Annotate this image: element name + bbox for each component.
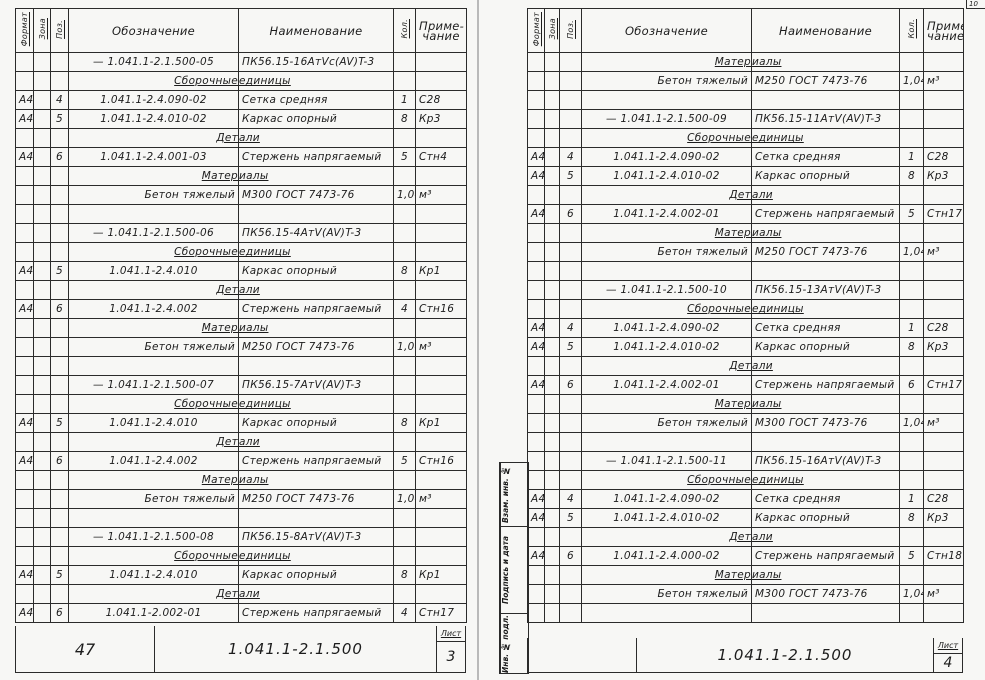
qty-cell: 8	[394, 262, 416, 281]
zone-cell	[545, 395, 560, 414]
material-row: Бетон тяжелыйМ250 ГОСТ 7473-761,04м³	[16, 490, 467, 509]
empty-cell	[34, 205, 51, 224]
note-cell: Кр3	[924, 509, 964, 528]
designation-cell: 1.041.1-2.002-01	[69, 604, 239, 623]
pos-cell	[560, 395, 582, 414]
note-cell	[416, 528, 467, 547]
empty-cell	[69, 509, 239, 528]
item-row: A451.041.1-2.4.010-02Каркас опорный8Кр3	[528, 509, 964, 528]
zone-cell	[545, 338, 560, 357]
section-title-left: Сборочные	[582, 129, 752, 148]
format-cell	[16, 319, 34, 338]
format-cell: A4	[528, 376, 545, 395]
name-cell: Каркас опорный	[239, 262, 394, 281]
pos-cell	[51, 528, 69, 547]
empty-row	[16, 509, 467, 528]
section-row: Сборочныеединицы	[16, 243, 467, 262]
qty-cell: 8	[394, 110, 416, 129]
section-row: Материалы	[16, 167, 467, 186]
section-title-right: иалы	[239, 471, 394, 490]
group-row: — 1.041.1-2.1.500-10ПК56.15-13AтV(AV)T-3	[528, 281, 964, 300]
note-cell: Стн16	[416, 300, 467, 319]
zone-cell	[545, 357, 560, 376]
material-row: Бетон тяжелыйМ250 ГОСТ 7473-761,04м³	[528, 72, 964, 91]
zone-cell	[545, 186, 560, 205]
note-cell	[416, 433, 467, 452]
section-title-right: иалы	[752, 53, 900, 72]
zone-cell	[545, 452, 560, 471]
qty-cell: 1,04	[900, 585, 924, 604]
zone-cell	[545, 300, 560, 319]
pos-cell	[51, 547, 69, 566]
material-row: Бетон тяжелыйМ300 ГОСТ 7473-761,04м³	[528, 585, 964, 604]
designation-cell: 1.041.1-2.4.002-01	[582, 376, 752, 395]
zone-cell	[545, 243, 560, 262]
section-row: Детали	[16, 129, 467, 148]
note-cell: Кр1	[416, 566, 467, 585]
header-name: Наименование	[752, 9, 900, 53]
qty-cell	[394, 585, 416, 604]
qty-cell	[394, 53, 416, 72]
zone-cell	[545, 319, 560, 338]
pos-cell	[51, 585, 69, 604]
note-cell	[416, 224, 467, 243]
format-cell: A4	[528, 490, 545, 509]
designation-cell: 1.041.1-2.4.010-02	[69, 110, 239, 129]
section-title-left: Матер	[582, 566, 752, 585]
format-cell: A4	[528, 547, 545, 566]
zone-cell	[545, 72, 560, 91]
pos-cell: 5	[51, 566, 69, 585]
qty-cell	[394, 547, 416, 566]
material-grade: М250 ГОСТ 7473-76	[239, 338, 394, 357]
pos-cell	[560, 585, 582, 604]
section-title-left: Дет	[582, 357, 752, 376]
empty-cell	[900, 604, 924, 623]
qty-cell	[900, 395, 924, 414]
note-cell: Стн16	[416, 452, 467, 471]
zone-cell	[34, 452, 51, 471]
note-cell: С28	[924, 490, 964, 509]
zone-cell	[545, 224, 560, 243]
empty-cell	[560, 262, 582, 281]
section-title-left: Дет	[69, 281, 239, 300]
note-cell	[416, 376, 467, 395]
format-cell	[528, 357, 545, 376]
qty-cell	[900, 528, 924, 547]
empty-cell	[528, 262, 545, 281]
format-cell	[528, 53, 545, 72]
format-cell	[16, 471, 34, 490]
zone-cell	[545, 376, 560, 395]
pos-cell: 6	[560, 376, 582, 395]
section-row: Детали	[528, 528, 964, 547]
group-row: — 1.041.1-2.1.500-07ПК56.15-7AтV(AV)T-3	[16, 376, 467, 395]
format-cell	[16, 281, 34, 300]
note-cell: С28	[924, 319, 964, 338]
empty-cell	[582, 604, 752, 623]
material-name: Бетон тяжелый	[582, 414, 752, 433]
qty-cell: 4	[394, 300, 416, 319]
qty-cell	[394, 528, 416, 547]
zone-cell	[34, 471, 51, 490]
section-title-right: иалы	[239, 167, 394, 186]
empty-cell	[34, 509, 51, 528]
empty-cell	[752, 433, 900, 452]
format-cell: A4	[16, 566, 34, 585]
item-row: A441.041.1-2.4.090-02Сетка средняя1С28	[528, 148, 964, 167]
header-qty: Кол.	[394, 9, 416, 53]
designation-cell: 1.041.1-2.4.090-02	[582, 319, 752, 338]
pos-cell	[560, 452, 582, 471]
item-row: A451.041.1-2.4.010Каркас опорный8Кр1	[16, 262, 467, 281]
qty-cell: 1,04	[900, 72, 924, 91]
section-row: Материалы	[16, 319, 467, 338]
item-row: A451.041.1-2.4.010Каркас опорный8Кр1	[16, 566, 467, 585]
note-cell: Кр3	[924, 338, 964, 357]
pos-cell	[51, 129, 69, 148]
empty-cell	[394, 357, 416, 376]
format-cell	[16, 53, 34, 72]
material-grade: М250 ГОСТ 7473-76	[752, 72, 900, 91]
empty-cell	[528, 433, 545, 452]
item-row: A461.041.1-2.4.002-01Стержень напрягаемы…	[528, 205, 964, 224]
name-cell: Каркас опорный	[239, 414, 394, 433]
zone-cell	[34, 91, 51, 110]
qty-cell	[900, 566, 924, 585]
designation-cell: 1.041.1-2.4.090-02	[582, 490, 752, 509]
item-row: A451.041.1-2.4.010-02Каркас опорный8Кр3	[16, 110, 467, 129]
pos-cell	[560, 528, 582, 547]
item-row: A461.041.1-2.4.002Стержень напрягаемый5С…	[16, 452, 467, 471]
material-name: Бетон тяжелый	[69, 338, 239, 357]
group-name: ПК56.15-13AтV(AV)T-3	[752, 281, 900, 300]
empty-cell	[900, 91, 924, 110]
section-title-left: Дет	[582, 528, 752, 547]
material-row: Бетон тяжелыйМ300 ГОСТ 7473-761,04м³	[528, 414, 964, 433]
name-cell: Стержень напрягаемый	[239, 604, 394, 623]
name-cell: Каркас опорный	[752, 509, 900, 528]
header-zone: Зона	[545, 9, 560, 53]
section-row: Детали	[16, 585, 467, 604]
material-row: Бетон тяжелыйМ250 ГОСТ 7473-761,04м³	[528, 243, 964, 262]
format-cell: A4	[16, 604, 34, 623]
zone-cell	[34, 224, 51, 243]
empty-row	[16, 205, 467, 224]
sheet-number: 3	[437, 642, 465, 672]
pos-cell	[51, 338, 69, 357]
zone-cell	[34, 604, 51, 623]
pos-cell	[560, 224, 582, 243]
section-title-right: единицы	[239, 72, 394, 91]
designation-cell: 1.041.1-2.4.010	[69, 262, 239, 281]
note-cell	[924, 452, 964, 471]
zone-cell	[545, 414, 560, 433]
section-title-right: иалы	[239, 319, 394, 338]
material-row: Бетон тяжелыйМ250 ГОСТ 7473-761,04м³	[16, 338, 467, 357]
zone-cell	[34, 528, 51, 547]
qty-cell	[394, 471, 416, 490]
format-cell	[528, 414, 545, 433]
section-title-right: единицы	[752, 471, 900, 490]
pos-cell: 6	[560, 547, 582, 566]
section-row: Сборочныеединицы	[16, 395, 467, 414]
designation-cell: 1.041.1-2.4.010-02	[582, 338, 752, 357]
group-designation: — 1.041.1-2.1.500-11	[582, 452, 752, 471]
empty-row	[528, 91, 964, 110]
material-name: Бетон тяжелый	[69, 490, 239, 509]
zone-cell	[34, 490, 51, 509]
section-row: Детали	[16, 433, 467, 452]
section-title-left: Сборочные	[69, 72, 239, 91]
item-row: A461.041.1-2.4.002-01Стержень напрягаемы…	[528, 376, 964, 395]
designation-cell: 1.041.1-2.4.002	[69, 300, 239, 319]
empty-cell	[752, 604, 900, 623]
empty-cell	[924, 91, 964, 110]
section-row: Сборочныеединицы	[528, 471, 964, 490]
empty-cell	[51, 357, 69, 376]
group-row: — 1.041.1-2.1.500-09ПК56.15-11AтV(AV)T-3	[528, 110, 964, 129]
format-cell	[16, 338, 34, 357]
designation-cell: 1.041.1-2.4.010-02	[582, 509, 752, 528]
format-cell: A4	[16, 91, 34, 110]
material-grade: М250 ГОСТ 7473-76	[239, 490, 394, 509]
format-cell: A4	[16, 300, 34, 319]
format-cell: A4	[16, 148, 34, 167]
note-cell	[416, 547, 467, 566]
format-cell: A4	[528, 319, 545, 338]
group-designation: — 1.041.1-2.1.500-05	[69, 53, 239, 72]
name-cell: Стержень напрягаемый	[239, 300, 394, 319]
qty-cell: 5	[394, 148, 416, 167]
section-row: Детали	[528, 186, 964, 205]
zone-cell	[34, 129, 51, 148]
name-cell: Каркас опорный	[752, 338, 900, 357]
empty-cell	[16, 357, 34, 376]
qty-cell	[900, 281, 924, 300]
empty-cell	[560, 433, 582, 452]
pos-cell	[560, 243, 582, 262]
empty-cell	[69, 357, 239, 376]
material-name: Бетон тяжелый	[582, 243, 752, 262]
zone-cell	[34, 547, 51, 566]
pos-cell: 6	[560, 205, 582, 224]
pos-cell	[560, 414, 582, 433]
format-cell	[16, 129, 34, 148]
zone-cell	[545, 509, 560, 528]
zone-cell	[34, 72, 51, 91]
qty-cell	[900, 471, 924, 490]
empty-cell	[924, 604, 964, 623]
empty-cell	[394, 509, 416, 528]
format-cell	[528, 186, 545, 205]
section-title-left: Матер	[582, 395, 752, 414]
approval-stamp: Взам. инв. № Подпись и дата Инв. № подл.	[499, 462, 529, 674]
header-note: Приме-чание	[416, 9, 467, 53]
format-cell: A4	[16, 452, 34, 471]
qty-cell: 5	[900, 547, 924, 566]
title-block-left: 47 1.041.1-2.1.500 Лист 3	[15, 626, 466, 673]
format-cell	[528, 452, 545, 471]
item-row: A451.041.1-2.4.010Каркас опорный8Кр1	[16, 414, 467, 433]
qty-cell	[900, 129, 924, 148]
qty-cell	[394, 167, 416, 186]
section-title-left: Дет	[69, 433, 239, 452]
zone-cell	[545, 129, 560, 148]
header-row: Формат Зона Поз. Обозначение Наименовани…	[528, 9, 964, 53]
header-pos: Поз.	[51, 9, 69, 53]
zone-cell	[34, 53, 51, 72]
section-title-left: Дет	[69, 129, 239, 148]
pos-cell	[51, 395, 69, 414]
pos-cell	[560, 129, 582, 148]
pos-cell	[51, 72, 69, 91]
corner-mark: 10	[966, 0, 985, 9]
empty-cell	[545, 604, 560, 623]
section-title-left: Сборочные	[69, 395, 239, 414]
group-designation: — 1.041.1-2.1.500-09	[582, 110, 752, 129]
group-row: — 1.041.1-2.1.500-11ПК56.15-16AтV(AV)T-3	[528, 452, 964, 471]
designation-cell: 1.041.1-2.4.001-03	[69, 148, 239, 167]
material-name: Бетон тяжелый	[69, 186, 239, 205]
qty-cell	[394, 281, 416, 300]
format-cell	[528, 243, 545, 262]
zone-cell	[34, 319, 51, 338]
pos-cell	[560, 281, 582, 300]
format-cell	[528, 72, 545, 91]
qty-cell	[900, 224, 924, 243]
section-row: Материалы	[16, 471, 467, 490]
pos-cell	[560, 566, 582, 585]
zone-cell	[34, 566, 51, 585]
zone-cell	[545, 281, 560, 300]
note-cell: Кр1	[416, 414, 467, 433]
sheet-box: Лист 4	[933, 638, 962, 672]
section-title-right: единицы	[239, 547, 394, 566]
pos-cell	[560, 53, 582, 72]
pos-cell: 5	[560, 509, 582, 528]
section-title-left: Сборочные	[69, 547, 239, 566]
empty-cell	[16, 509, 34, 528]
designation-cell: 1.041.1-2.4.002	[69, 452, 239, 471]
qty-cell	[394, 72, 416, 91]
format-cell	[528, 471, 545, 490]
empty-cell	[582, 91, 752, 110]
empty-row	[16, 357, 467, 376]
format-cell: A4	[16, 414, 34, 433]
section-title-right: единицы	[239, 395, 394, 414]
empty-cell	[394, 205, 416, 224]
note-cell: Стн17	[924, 205, 964, 224]
header-name: Наименование	[239, 9, 394, 53]
designation-cell: 1.041.1-2.4.090-02	[582, 148, 752, 167]
zone-cell	[545, 585, 560, 604]
empty-cell	[924, 433, 964, 452]
pos-cell	[51, 433, 69, 452]
empty-cell	[752, 262, 900, 281]
section-title-left: Матер	[69, 471, 239, 490]
note-cell	[924, 110, 964, 129]
zone-cell	[34, 281, 51, 300]
handwritten-number: 47	[16, 626, 155, 672]
sheet-label: Лист	[437, 626, 465, 642]
section-title-left: Матер	[69, 167, 239, 186]
format-cell: A4	[16, 262, 34, 281]
section-title-left: Сборочные	[582, 471, 752, 490]
empty-cell	[582, 433, 752, 452]
format-cell	[16, 376, 34, 395]
name-cell: Стержень напрягаемый	[239, 452, 394, 471]
pos-cell: 4	[51, 91, 69, 110]
empty-cell	[416, 357, 467, 376]
qty-cell: 1,04	[900, 414, 924, 433]
empty-cell	[582, 262, 752, 281]
header-note: Приме-чание	[924, 9, 964, 53]
item-row: A461.041.1-2.4.002Стержень напрягаемый4С…	[16, 300, 467, 319]
note-cell	[924, 224, 964, 243]
format-cell	[528, 528, 545, 547]
pos-cell	[560, 300, 582, 319]
qty-cell: 4	[394, 604, 416, 623]
pos-cell: 6	[51, 604, 69, 623]
group-designation: — 1.041.1-2.1.500-08	[69, 528, 239, 547]
note-cell: Кр1	[416, 262, 467, 281]
note-cell: Стн17	[924, 376, 964, 395]
designation-cell: 1.041.1-2.4.010	[69, 414, 239, 433]
pos-cell	[51, 53, 69, 72]
name-cell: Стержень напрягаемый	[752, 376, 900, 395]
note-cell	[416, 53, 467, 72]
qty-cell: 1,04	[900, 243, 924, 262]
note-cell: Стн17	[416, 604, 467, 623]
group-name: ПК56.15-7AтV(AV)T-3	[239, 376, 394, 395]
pos-cell	[560, 471, 582, 490]
zone-cell	[545, 490, 560, 509]
pos-cell: 5	[51, 262, 69, 281]
empty-cell	[239, 205, 394, 224]
section-row: Материалы	[528, 224, 964, 243]
empty-cell	[51, 509, 69, 528]
zone-cell	[34, 585, 51, 604]
document-code: 1.041.1-2.1.500	[637, 638, 933, 672]
format-cell: A4	[528, 338, 545, 357]
format-cell	[528, 566, 545, 585]
item-row: A451.041.1-2.4.010-02Каркас опорный8Кр3	[528, 167, 964, 186]
stamp-original-inv: Инв. № подл.	[500, 614, 528, 673]
section-title-left: Сборочные	[582, 300, 752, 319]
name-cell: Стержень напрягаемый	[752, 205, 900, 224]
zone-cell	[34, 414, 51, 433]
note-cell	[924, 129, 964, 148]
section-row: Детали	[528, 357, 964, 376]
pos-cell	[51, 490, 69, 509]
pos-cell	[560, 186, 582, 205]
header-format: Формат	[16, 9, 34, 53]
qty-cell: 6	[900, 376, 924, 395]
zone-cell	[34, 300, 51, 319]
group-row: — 1.041.1-2.1.500-06ПК56.15-4AтV(AV)T-3	[16, 224, 467, 243]
section-title-right: али	[239, 129, 394, 148]
note-cell: м³	[416, 490, 467, 509]
designation-cell: 1.041.1-2.4.010	[69, 566, 239, 585]
zone-cell	[545, 566, 560, 585]
pos-cell: 4	[560, 148, 582, 167]
section-title-left: Сборочные	[69, 243, 239, 262]
empty-row	[528, 262, 964, 281]
name-cell: Каркас опорный	[239, 110, 394, 129]
zone-cell	[545, 53, 560, 72]
section-title-right: единицы	[239, 243, 394, 262]
